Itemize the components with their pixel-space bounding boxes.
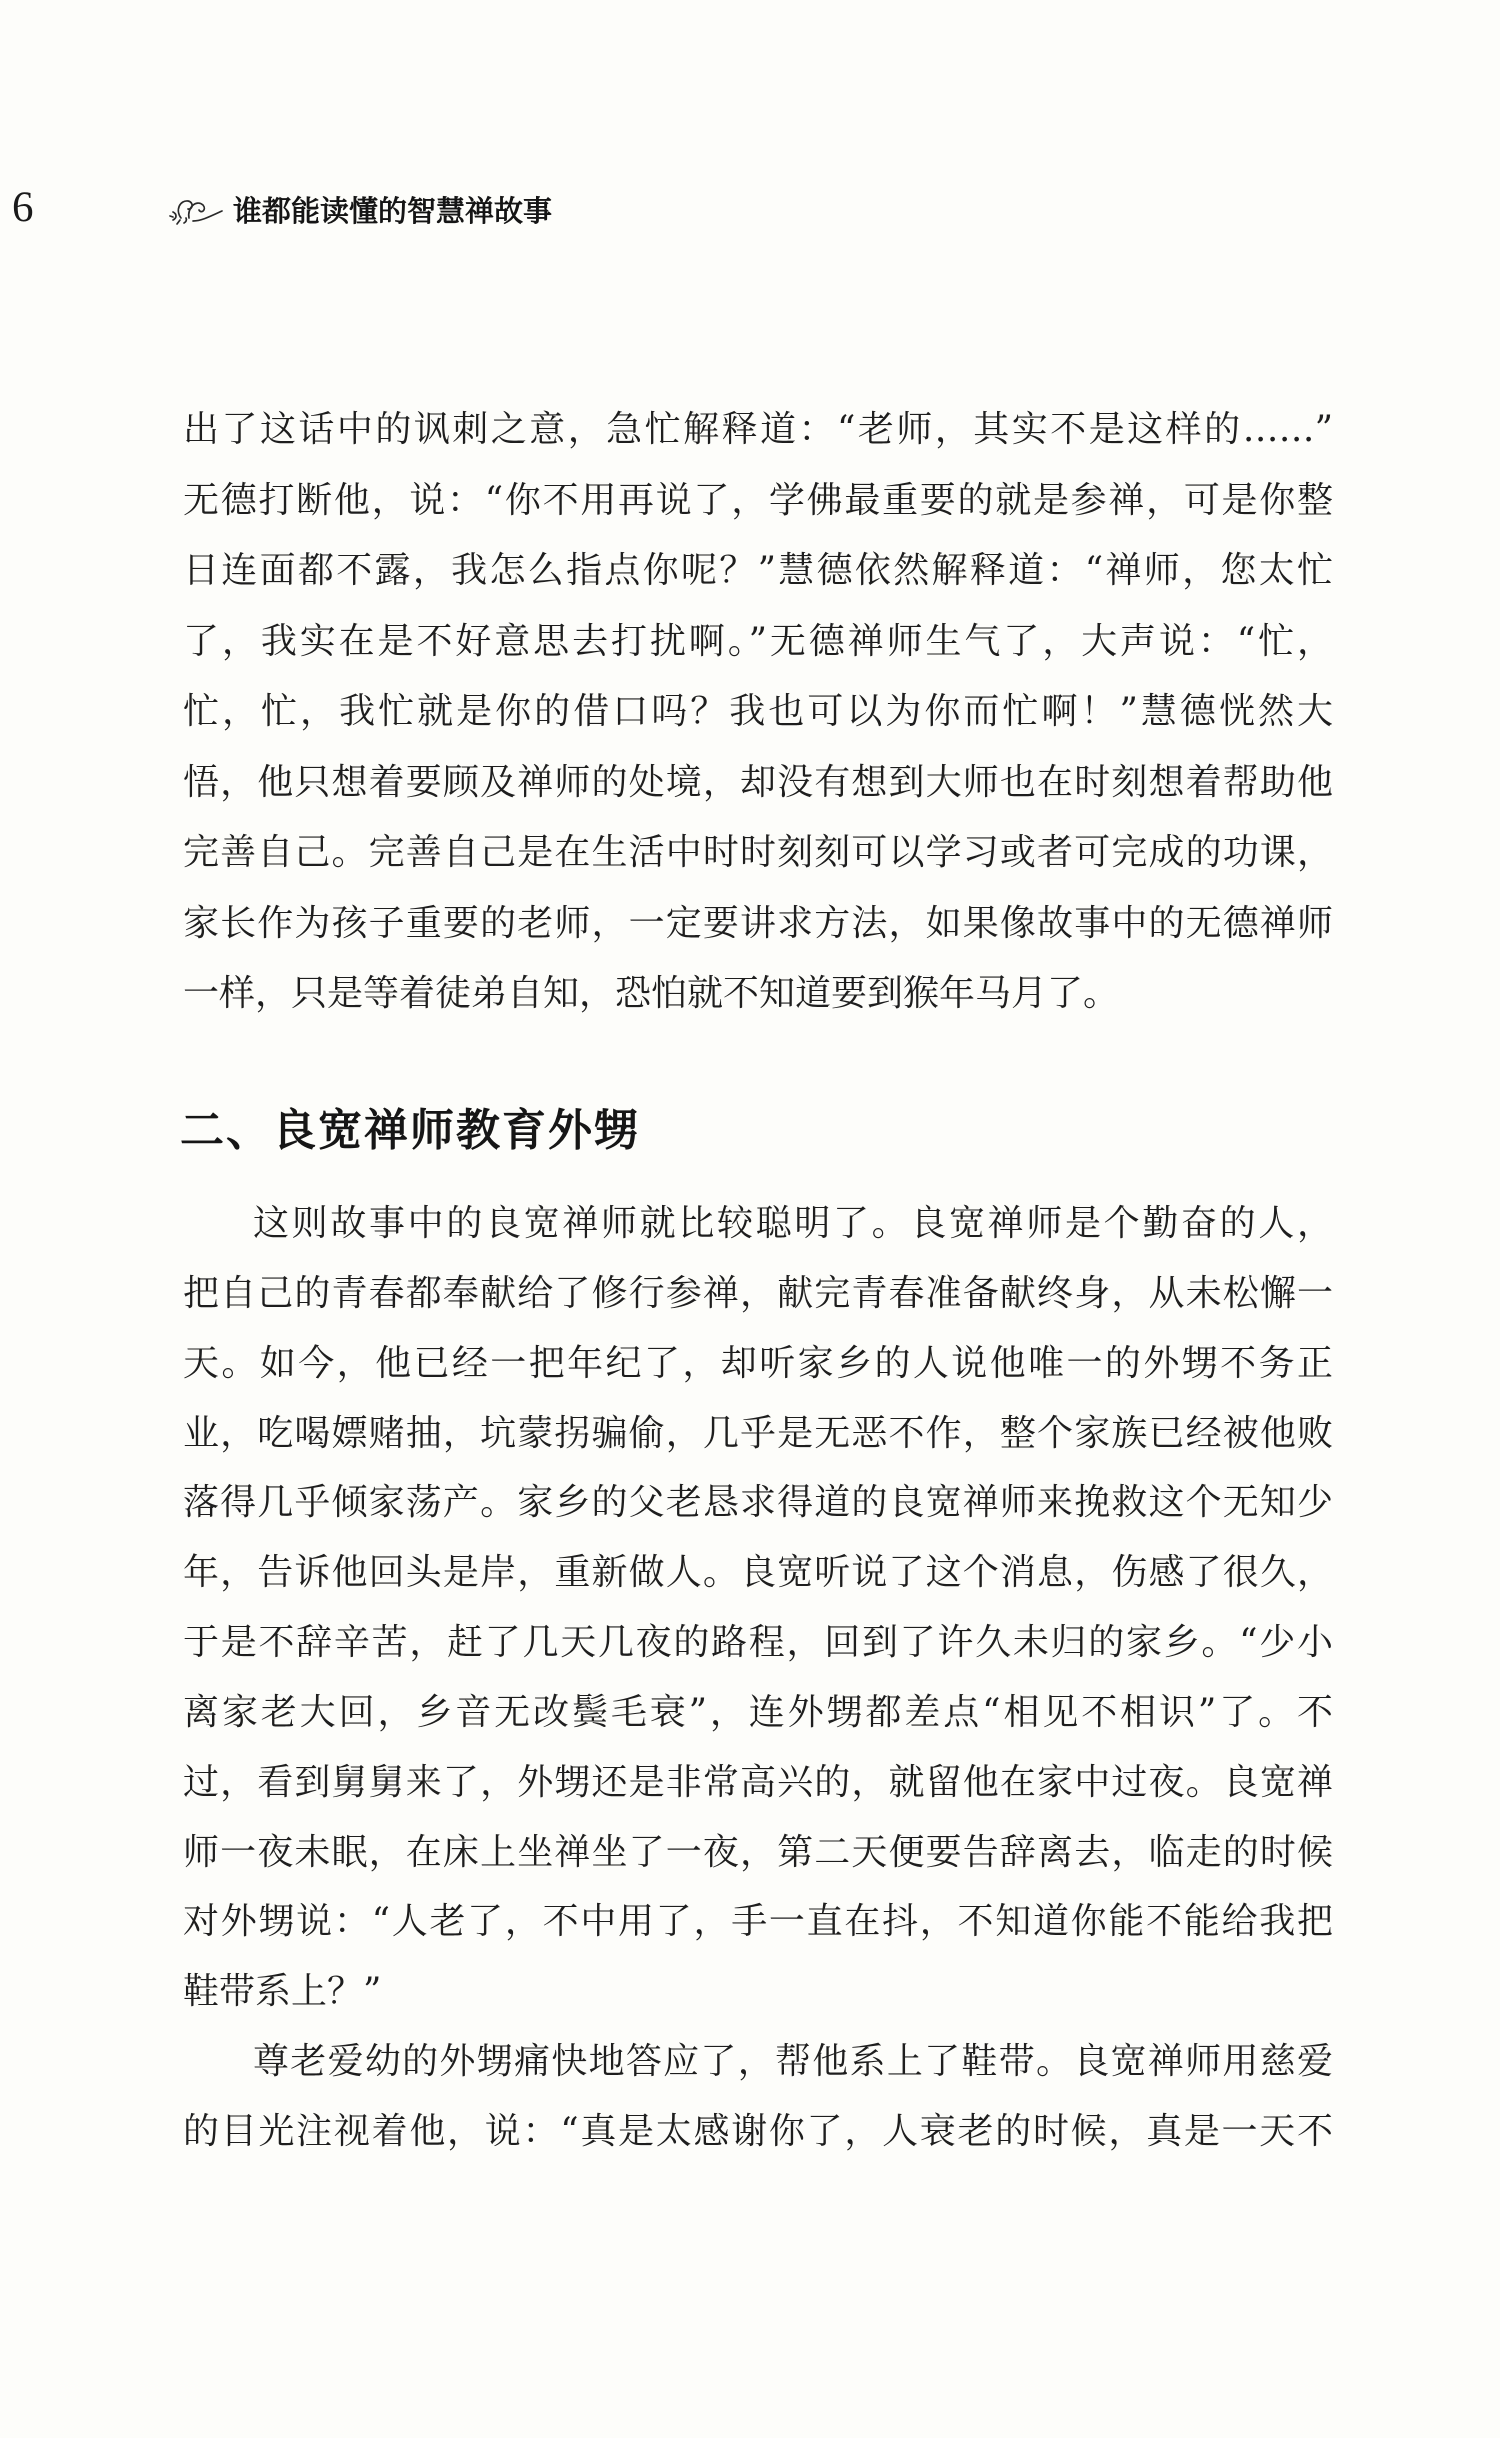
text-line: 家长作为孩子重要的老师，一定要讲求方法，如果像故事中的无德禅师 <box>183 889 1333 960</box>
section-body: 这则故事中的良宽禅师就比较聪明了。良宽禅师是个勤奋的人， 把自己的青春都奉献给了… <box>183 1189 1333 2167</box>
text-line: 这则故事中的良宽禅师就比较聪明了。良宽禅师是个勤奋的人， <box>183 1189 1333 1259</box>
text-line: 年，告诉他回头是岸，重新做人。良宽听说了这个消息，伤感了很久， <box>183 1538 1333 1608</box>
text-line: 出了这话中的讽刺之意，急忙解释道：“老师，其实不是这样的……” <box>183 395 1333 466</box>
page-number: 6 <box>12 186 34 229</box>
intro-paragraph: 出了这话中的讽刺之意，急忙解释道：“老师，其实不是这样的……” 无德打断他，说：… <box>183 395 1333 1030</box>
text-line: 的目光注视着他，说：“真是太感谢你了，人衰老的时候，真是一天不 <box>183 2097 1333 2167</box>
text-line: 鞋带系上？” <box>183 1957 1333 2027</box>
text-line: 忙，忙，我忙就是你的借口吗？我也可以为你而忙啊！”慧德恍然大 <box>183 677 1333 748</box>
text-line: 完善自己。完善自己是在生活中时时刻刻可以学习或者可完成的功课， <box>183 818 1333 889</box>
story-paragraph: 这则故事中的良宽禅师就比较聪明了。良宽禅师是个勤奋的人， 把自己的青春都奉献给了… <box>183 1189 1333 2027</box>
text-line: 悟，他只想着要顾及禅师的处境，却没有想到大师也在时刻想着帮助他 <box>183 748 1333 819</box>
story-paragraph: 尊老爱幼的外甥痛快地答应了，帮他系上了鞋带。良宽禅师用慈爱 的目光注视着他，说：… <box>183 2027 1333 2167</box>
text-line: 日连面都不露，我怎么指点你呢？”慧德依然解释道：“禅师，您太忙 <box>183 536 1333 607</box>
text-line: 过，看到舅舅来了，外甥还是非常高兴的，就留他在家中过夜。良宽禅 <box>183 1748 1333 1818</box>
text-line: 一样，只是等着徒弟自知，恐怕就不知道要到猴年马月了。 <box>183 959 1333 1030</box>
section-heading: 二、良宽禅师教育外甥 <box>180 1096 640 1166</box>
floral-flourish-icon <box>166 195 224 227</box>
text-line: 对外甥说：“人老了，不中用了，手一直在抖，不知道你能不能给我把 <box>183 1887 1333 1957</box>
text-line: 尊老爱幼的外甥痛快地答应了，帮他系上了鞋带。良宽禅师用慈爱 <box>183 2027 1333 2097</box>
text-line: 天。如今，他已经一把年纪了，却听家乡的人说他唯一的外甥不务正 <box>183 1329 1333 1399</box>
book-page: 6 谁都能读懂的智慧禅故事 出了这话中的讽刺之意，急忙解释道：“老师，其实不是这… <box>0 0 1500 2438</box>
text-line: 于是不辞辛苦，赶了几天几夜的路程，回到了许久未归的家乡。“少小 <box>183 1608 1333 1678</box>
text-line: 无德打断他，说：“你不用再说了，学佛最重要的就是参禅，可是你整 <box>183 466 1333 537</box>
running-book-title: 谁都能读懂的智慧禅故事 <box>233 196 552 226</box>
text-line: 落得几乎倾家荡产。家乡的父老恳求得道的良宽禅师来挽救这个无知少 <box>183 1468 1333 1538</box>
text-line: 师一夜未眠，在床上坐禅坐了一夜，第二天便要告辞离去，临走的时候 <box>183 1818 1333 1888</box>
text-line: 了，我实在是不好意思去打扰啊。”无德禅师生气了，大声说：“忙， <box>183 607 1333 678</box>
text-line: 业，吃喝嫖赌抽，坑蒙拐骗偷，几乎是无恶不作，整个家族已经被他败 <box>183 1399 1333 1469</box>
text-line: 把自己的青春都奉献给了修行参禅，献完青春准备献终身，从未松懈一 <box>183 1259 1333 1329</box>
text-line: 离家老大回，乡音无改鬓毛衰”，连外甥都差点“相见不相识”了。不 <box>183 1678 1333 1748</box>
